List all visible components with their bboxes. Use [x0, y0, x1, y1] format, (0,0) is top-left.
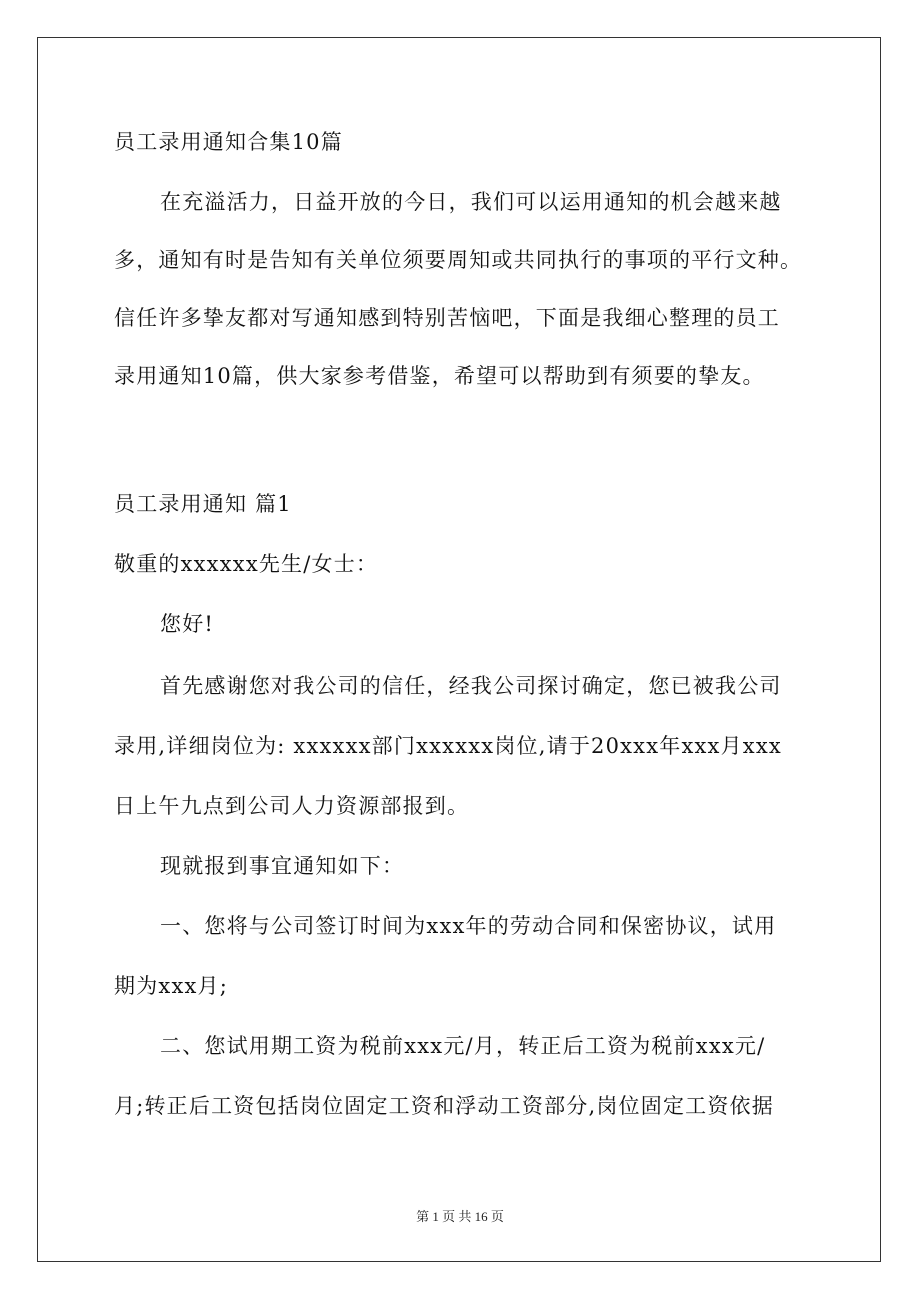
document-title: 员工录用通知合集10篇 [114, 128, 343, 156]
body-line-7: 二、您试用期工资为税前xxx元/月，转正后工资为税前xxx元/ [160, 1032, 765, 1060]
page-border [37, 37, 881, 1262]
intro-line-1: 在充溢活力，日益开放的今日，我们可以运用通知的机会越来越 [160, 188, 782, 216]
intro-line-4: 录用通知10篇，供大家参考借鉴，希望可以帮助到有须要的挚友。 [114, 362, 765, 390]
salutation: 敬重的xxxxxx先生/女士： [114, 550, 378, 578]
greeting: 您好! [160, 610, 214, 638]
body-line-3: 日上午九点到公司人力资源部报到。 [114, 792, 469, 820]
body-line-6: 期为xxx月; [114, 972, 228, 1000]
intro-line-3: 信任许多挚友都对写通知感到特别苦恼吧，下面是我细心整理的员工 [114, 304, 780, 332]
body-line-1: 首先感谢您对我公司的信任，经我公司探讨确定，您已被我公司 [160, 672, 782, 700]
body-line-2: 录用,详细岗位为: xxxxxx部门xxxxxx岗位,请于20xxx年xxx月x… [114, 732, 782, 760]
body-line-5: 一、您将与公司签订时间为xxx年的劳动合同和保密协议，试用 [160, 912, 776, 940]
intro-line-2: 多，通知有时是告知有关单位须要周知或共同执行的事项的平行文种。 [114, 246, 802, 274]
body-line-8: 月;转正后工资包括岗位固定工资和浮动工资部分,岗位固定工资依据 [114, 1092, 774, 1120]
section-heading: 员工录用通知 篇1 [114, 490, 292, 518]
body-line-4: 现就报到事宜通知如下： [160, 852, 404, 880]
page-indicator: 第 1 页 共 16 页 [0, 1206, 920, 1225]
